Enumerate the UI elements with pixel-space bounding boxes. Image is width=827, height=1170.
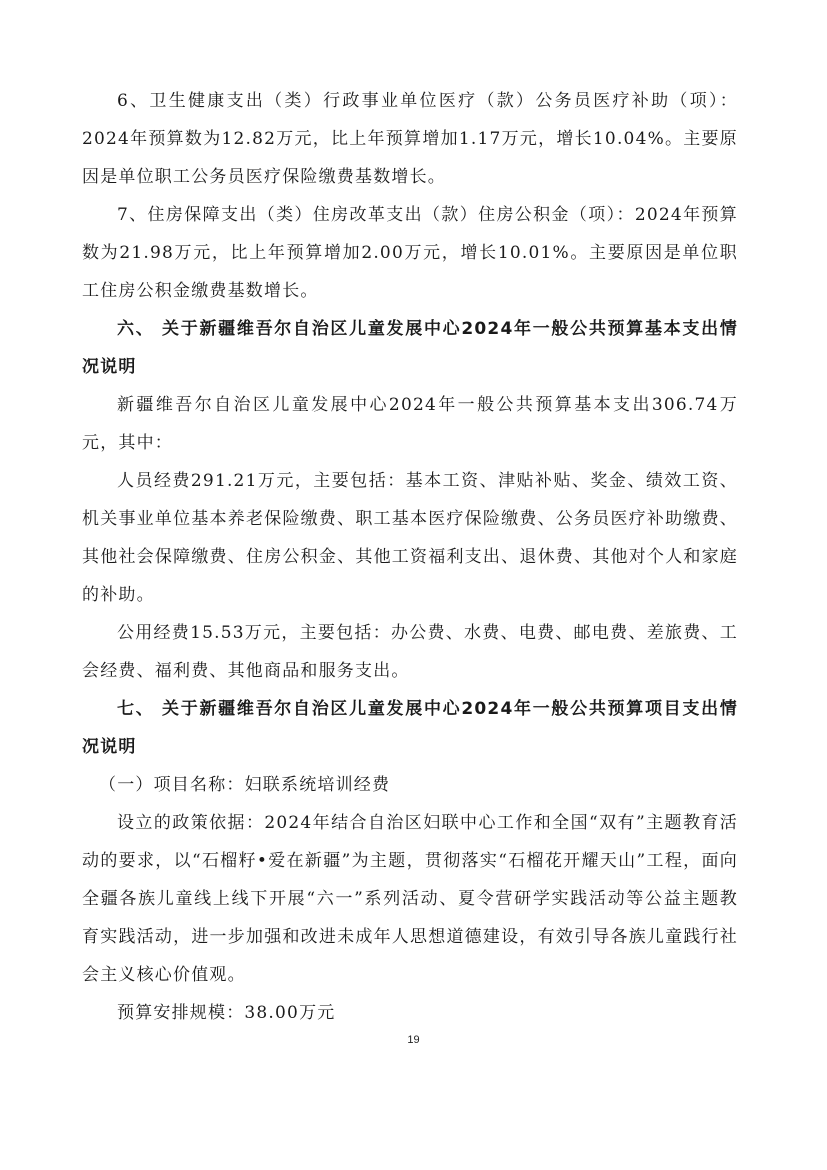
document-body: 6、卫生健康支出（类）行政事业单位医疗（款）公务员医疗补助（项）：2024年预算… <box>82 82 738 1032</box>
section-heading-project-expenditure: 七、 关于新疆维吾尔自治区儿童发展中心2024年一般公共预算项目支出情况说明 <box>82 690 738 766</box>
project-name: （一）项目名称：妇联系统培训经费 <box>82 766 738 804</box>
paragraph-housing-fund: 7、住房保障支出（类）住房改革支出（款）住房公积金（项）：2024年预算数为21… <box>82 196 738 310</box>
paragraph-budget-scale: 预算安排规模：38.00万元 <box>82 994 738 1032</box>
paragraph-public-expenses: 公用经费15.53万元，主要包括：办公费、水费、电费、邮电费、差旅费、工会经费、… <box>82 614 738 690</box>
paragraph-policy-basis: 设立的政策依据：2024年结合自治区妇联中心工作和全国“双有”主题教育活动的要求… <box>82 804 738 994</box>
paragraph-medical-subsidy: 6、卫生健康支出（类）行政事业单位医疗（款）公务员医疗补助（项）：2024年预算… <box>82 82 738 196</box>
section-heading-basic-expenditure: 六、 关于新疆维吾尔自治区儿童发展中心2024年一般公共预算基本支出情况说明 <box>82 310 738 386</box>
paragraph-basic-expenditure-total: 新疆维吾尔自治区儿童发展中心2024年一般公共预算基本支出306.74万元，其中… <box>82 386 738 462</box>
page-number: 19 <box>0 1034 827 1046</box>
paragraph-personnel-expenses: 人员经费291.21万元，主要包括：基本工资、津贴补贴、奖金、绩效工资、机关事业… <box>82 462 738 614</box>
